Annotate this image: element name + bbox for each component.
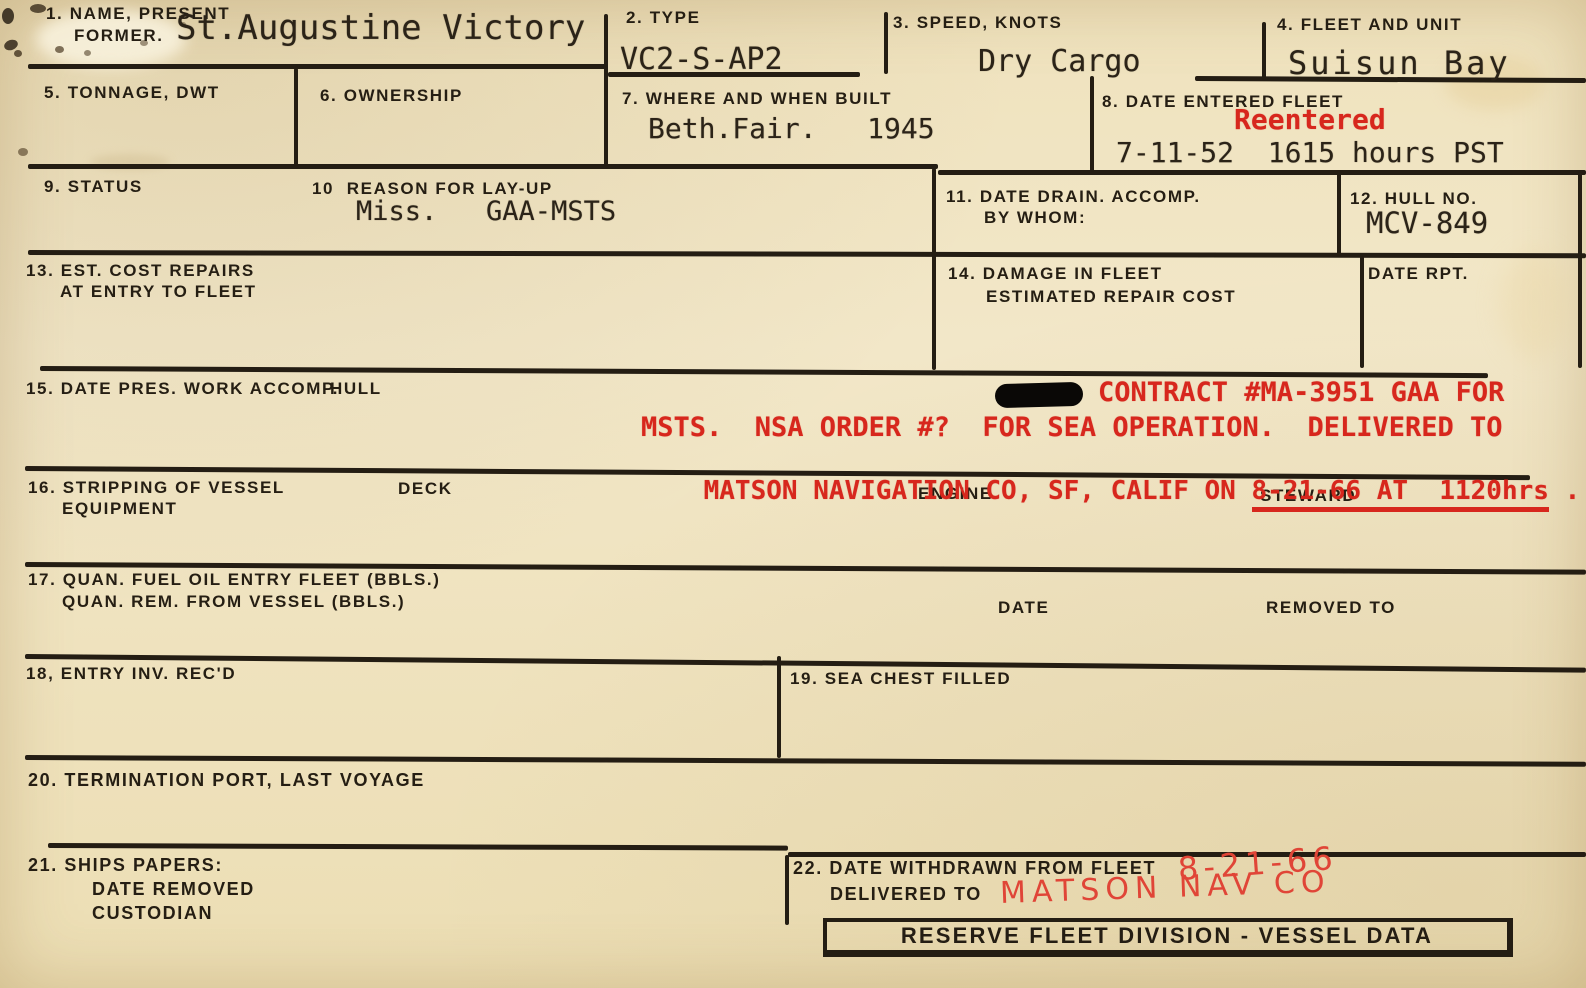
horizontal-rule — [28, 164, 938, 169]
field-21-label-line2: DATE REMOVED — [92, 879, 255, 900]
field-15-label: 15. DATE PRES. WORK ACCOMP. — [26, 379, 339, 399]
vessel-data-card: 1. NAME, PRESENT FORMER. St.Augustine Vi… — [0, 0, 1586, 988]
field-1-sublabel: FORMER. — [74, 26, 164, 46]
field-16-label-line2: EQUIPMENT — [62, 499, 177, 519]
vertical-rule — [884, 12, 888, 74]
field-18-label: 18, ENTRY INV. REC'D — [26, 664, 236, 684]
column-header-date: DATE — [998, 598, 1049, 618]
paper-stain — [30, 4, 46, 13]
field-20-label: 20. TERMINATION PORT, LAST VOYAGE — [28, 770, 425, 791]
contract-stamp-line-3-underlined: 8-21-66 AT 1120hrs — [1252, 476, 1549, 512]
field-13-label-line2: AT ENTRY TO FLEET — [60, 282, 257, 302]
field-17-label-line1: 17. QUAN. FUEL OIL ENTRY FLEET (BBLS.) — [28, 570, 440, 590]
paper-stain — [55, 46, 64, 53]
paper-stain — [2, 8, 14, 24]
contract-stamp-line-3-prefix: MATSON NAVIGATION CO, SF, CALIF ON — [704, 476, 1252, 506]
field-4-value: Suisun Bay — [1288, 44, 1511, 82]
field-1-value: St.Augustine Victory — [176, 8, 585, 48]
horizontal-rule — [25, 755, 1586, 767]
field-13-label-line1: 13. EST. COST REPAIRS — [26, 261, 255, 281]
field-21-label-line3: CUSTODIAN — [92, 903, 213, 924]
column-header-removed-to: REMOVED TO — [1266, 598, 1396, 618]
vertical-rule — [1262, 22, 1266, 80]
vertical-rule — [604, 14, 608, 166]
field-11-label-line2: BY WHOM: — [984, 208, 1086, 228]
footer-title-box: RESERVE FLEET DIVISION - VESSEL DATA — [823, 918, 1513, 957]
paper-stain — [18, 148, 28, 156]
field-9-label: 9. STATUS — [44, 177, 143, 197]
vertical-rule — [785, 855, 789, 925]
field-21-label-line1: 21. SHIPS PAPERS: — [28, 855, 223, 876]
horizontal-rule — [48, 843, 788, 851]
field-2-label: 2. TYPE — [626, 8, 701, 28]
field-19-label: 19. SEA CHEST FILLED — [790, 669, 1011, 689]
field-12-value: MCV-849 — [1366, 206, 1488, 240]
contract-stamp-line-3-suffix: . — [1549, 476, 1580, 506]
vertical-rule — [777, 656, 781, 758]
paper-stain — [1500, 250, 1570, 360]
field-14-label-line2: ESTIMATED REPAIR COST — [986, 287, 1236, 307]
horizontal-rule — [28, 250, 1586, 258]
field-7-label: 7. WHERE AND WHEN BUILT — [622, 89, 892, 109]
column-header-deck: DECK — [398, 479, 453, 499]
vertical-rule — [1090, 76, 1094, 172]
field-7-value: Beth.Fair. 1945 — [648, 112, 935, 145]
vertical-rule — [294, 68, 298, 166]
field-3-value: Dry Cargo — [978, 44, 1141, 79]
vertical-rule — [1360, 256, 1364, 368]
field-8-value: 7-11-52 1615 hours PST — [1116, 136, 1504, 169]
field-5-label: 5. TONNAGE, DWT — [44, 83, 220, 103]
vertical-rule — [1337, 170, 1341, 256]
horizontal-rule — [28, 64, 608, 69]
field-14-label-line1: 14. DAMAGE IN FLEET — [948, 264, 1163, 284]
date-rpt-label: DATE RPT. — [1368, 264, 1469, 284]
contract-stamp-line-1: CONTRACT #MA-3951 GAA FOR — [1098, 377, 1504, 408]
horizontal-rule — [938, 170, 1586, 175]
vertical-rule — [932, 168, 936, 370]
contract-stamp-line-3: MATSON NAVIGATION CO, SF, CALIF ON 8-21-… — [641, 446, 1580, 536]
field-11-label-line1: 11. DATE DRAIN. ACCOMP. — [946, 187, 1201, 207]
vertical-rule — [1578, 172, 1582, 368]
reentered-stamp: Reentered — [1234, 103, 1386, 136]
field-2-value: VC2-S-AP2 — [620, 42, 783, 77]
redaction-mark — [995, 382, 1084, 408]
field-15-sublabel: HULL — [330, 379, 382, 399]
contract-stamp-line-2: MSTS. NSA ORDER #? FOR SEA OPERATION. DE… — [641, 412, 1503, 443]
paper-stain — [84, 50, 91, 56]
field-10-value: Miss. GAA-MSTS — [356, 196, 616, 227]
field-6-label: 6. OWNERSHIP — [320, 86, 463, 106]
field-3-label: 3. SPEED, KNOTS — [893, 13, 1062, 33]
footer-title: RESERVE FLEET DIVISION - VESSEL DATA — [901, 923, 1433, 949]
field-22-label-line2: DELIVERED TO — [830, 884, 982, 905]
paper-stain — [14, 50, 22, 57]
field-16-label-line1: 16. STRIPPING OF VESSEL — [28, 478, 285, 498]
field-4-label: 4. FLEET AND UNIT — [1277, 15, 1462, 35]
field-17-label-line2: QUAN. REM. FROM VESSEL (BBLS.) — [62, 592, 405, 612]
